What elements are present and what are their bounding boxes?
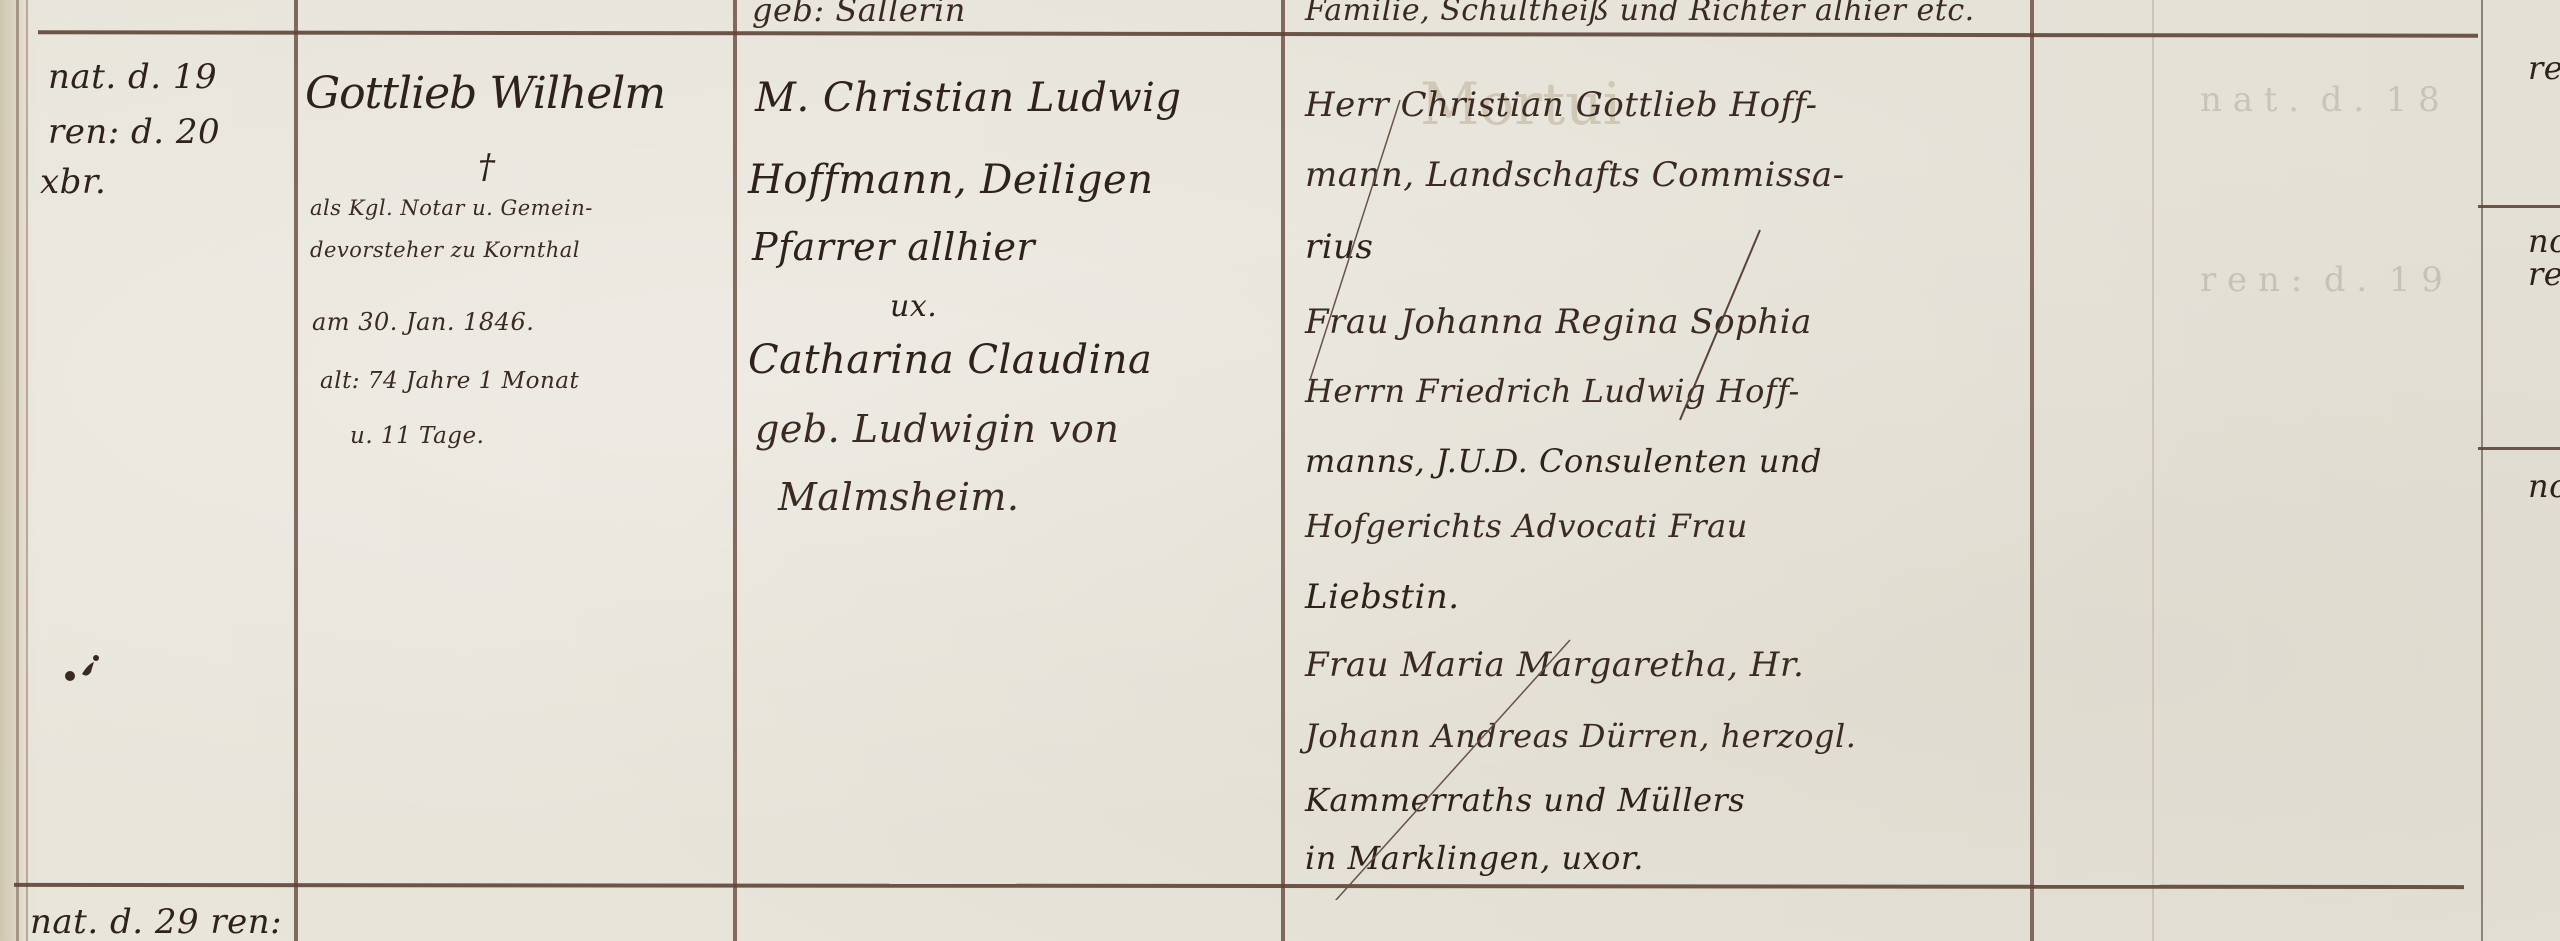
handwritten-text: geb: Sallerin: [752, 0, 966, 26]
neighbor-rule-1: [2478, 205, 2560, 208]
burial-date-text: ren: d. 20: [48, 115, 220, 149]
name-note-line: devorsteher zu Kornthal: [310, 240, 580, 261]
parents-line: Catharina Claudina: [748, 340, 1152, 380]
name-note-line: alt: 74 Jahre 1 Monat: [320, 370, 579, 393]
month-text: xbr.: [40, 165, 106, 199]
parents-line: Hoffmann, Deiligen: [748, 160, 1153, 200]
ink-blot-icon: [62, 650, 108, 690]
register-page: Mortui n a t . d . 1 8 r e n : d . 1 9 g…: [0, 0, 2560, 941]
row-rule-bottom: [14, 883, 2464, 889]
parents-line: Pfarrer allhier: [752, 228, 1035, 266]
bleed-through-text: n a t . d . 1 8: [2200, 80, 2440, 120]
faint-column-rule: [2152, 0, 2154, 941]
parents-line: geb. Ludwigin von: [755, 410, 1119, 448]
column-rule-1: [16, 0, 19, 941]
death-cross-icon: †: [478, 150, 496, 184]
neighbor-rule-2: [2478, 447, 2560, 450]
column-rule-3: [733, 0, 737, 941]
neighbor-text: no: [2528, 470, 2560, 502]
parents-line: ux.: [890, 292, 937, 322]
name-note-line: am 30. Jan. 1846.: [312, 310, 534, 334]
parents-line: M. Christian Ludwig: [755, 78, 1181, 118]
row-rule-top: [38, 30, 2478, 37]
neighbor-text: re: [2528, 52, 2560, 84]
neighbor-text: re: [2528, 258, 2560, 290]
handwritten-text: Familie, Schultheiß und Richter alhier e…: [1305, 0, 1975, 26]
column-rule-2: [294, 0, 298, 941]
binding-edge: [0, 0, 28, 941]
name-note-line: als Kgl. Notar u. Gemein-: [310, 198, 593, 219]
neighbor-text: no: [2528, 225, 2560, 257]
pen-stroke-decoration: [1280, 60, 2040, 900]
name-note-line: u. 11 Tage.: [350, 425, 484, 448]
parents-line: Malmsheim.: [778, 478, 1019, 516]
page-edge: [2481, 0, 2483, 941]
deceased-given-name: Gottlieb Wilhelm: [305, 72, 665, 116]
next-entry-date-text: nat. d. 29 ren:: [30, 905, 282, 939]
birth-date-text: nat. d. 19: [48, 60, 217, 94]
bleed-through-text: r e n : d . 1 9: [2200, 260, 2443, 300]
